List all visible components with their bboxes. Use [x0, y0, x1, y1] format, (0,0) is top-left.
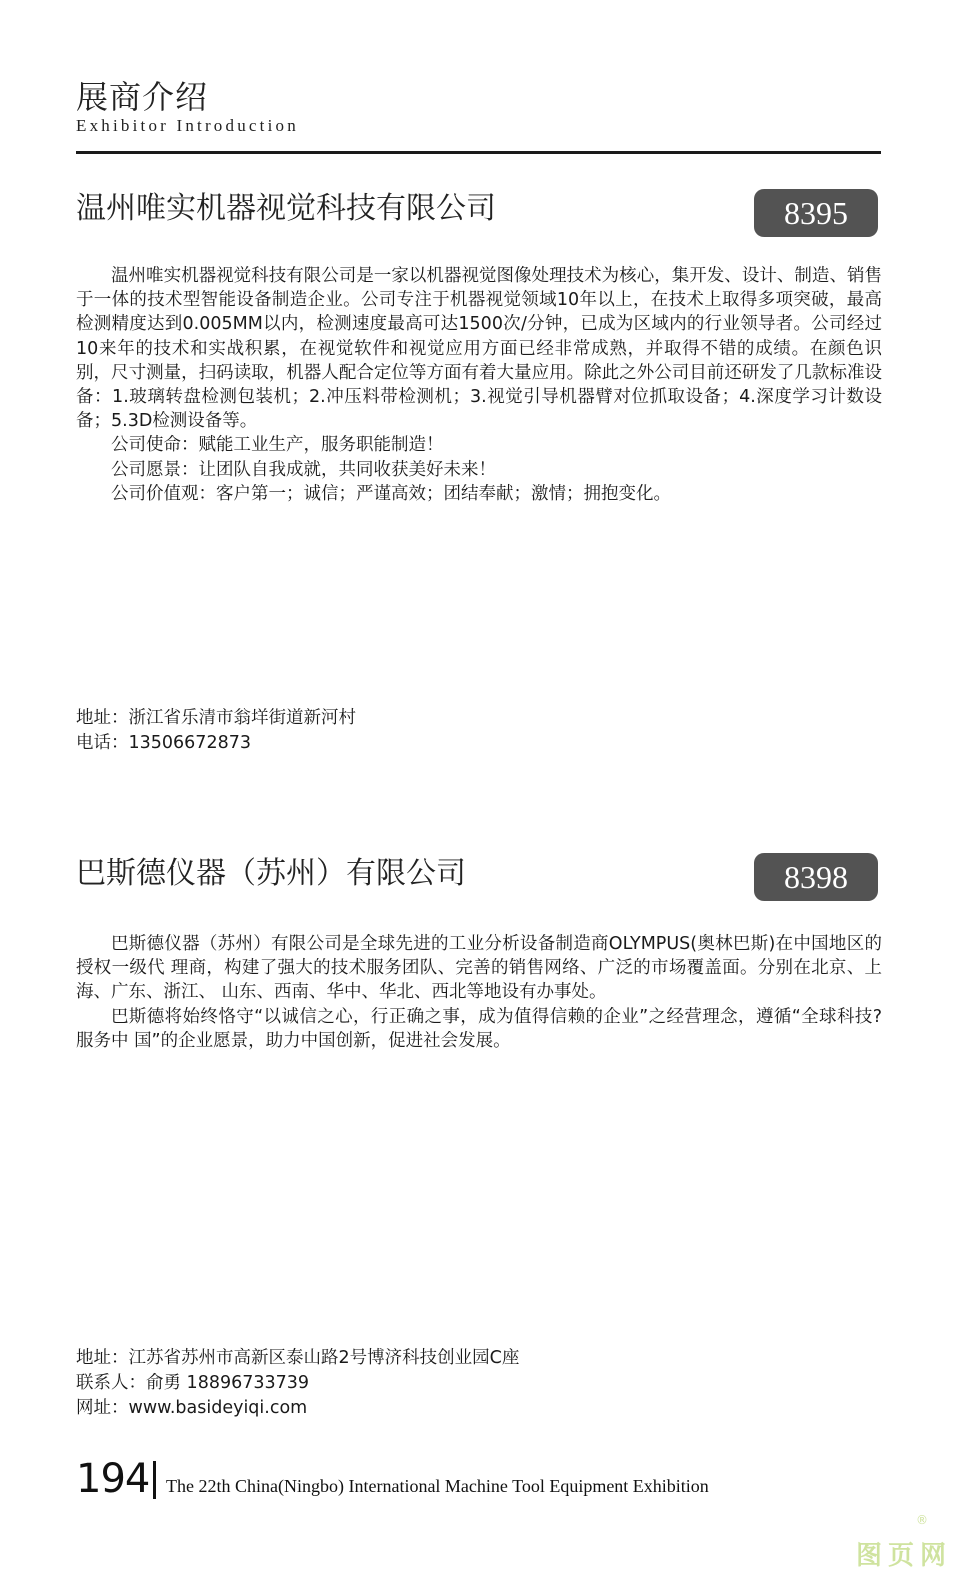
footer-divider	[153, 1461, 156, 1499]
company-description: 巴斯德仪器（苏州）有限公司是全球先进的工业分析设备制造商OLYMPUS(奥林巴斯…	[76, 932, 882, 1053]
address-line: 地址：江苏省苏州市高新区泰山路2号博济科技创业园C座	[76, 1346, 519, 1371]
booth-number-badge: 8395	[754, 189, 878, 237]
contact-info: 地址：江苏省苏州市高新区泰山路2号博济科技创业园C座 联系人：俞勇 188967…	[76, 1346, 519, 1421]
mission-paragraph: 公司使命：赋能工业生产，服务职能制造！	[76, 433, 882, 457]
page-subtitle: Exhibitor Introduction	[76, 116, 299, 136]
watermark-logo: 图页网	[856, 1535, 952, 1572]
booth-number-badge: 8398	[754, 853, 878, 901]
company-description: 温州唯实机器视觉科技有限公司是一家以机器视觉图像处理技术为核心，集开发、设计、制…	[76, 264, 882, 506]
company-name: 温州唯实机器视觉科技有限公司	[76, 183, 496, 227]
description-paragraph: 温州唯实机器视觉科技有限公司是一家以机器视觉图像处理技术为核心，集开发、设计、制…	[76, 264, 882, 433]
philosophy-paragraph: 巴斯德将始终恪守“以诚信之心，行正确之事，成为值得信赖的企业”之经营理念，遵循“…	[76, 1005, 882, 1053]
contact-info: 地址：浙江省乐清市翁垟街道新河村 电话：13506672873	[76, 706, 356, 756]
description-paragraph: 巴斯德仪器（苏州）有限公司是全球先进的工业分析设备制造商OLYMPUS(奥林巴斯…	[76, 932, 882, 1005]
company-name: 巴斯德仪器（苏州）有限公司	[76, 848, 466, 892]
address-line: 地址：浙江省乐清市翁垟街道新河村	[76, 706, 356, 731]
values-paragraph: 公司价值观：客户第一；诚信；严谨高效；团结奉献；激情；拥抱变化。	[76, 482, 882, 506]
vision-paragraph: 公司愿景：让团队自我成就，共同收获美好未来！	[76, 458, 882, 482]
exhibition-title: The 22th China(Ningbo) International Mac…	[166, 1476, 709, 1497]
page-title: 展商介绍	[76, 72, 208, 118]
website-line: 网址：www.basideyiqi.com	[76, 1396, 519, 1421]
registered-mark-icon: ®	[916, 1513, 928, 1527]
header-divider	[76, 151, 881, 154]
contact-person-line: 联系人：俞勇 18896733739	[76, 1371, 519, 1396]
page-number: 194	[76, 1456, 149, 1502]
phone-line: 电话：13506672873	[76, 731, 356, 756]
